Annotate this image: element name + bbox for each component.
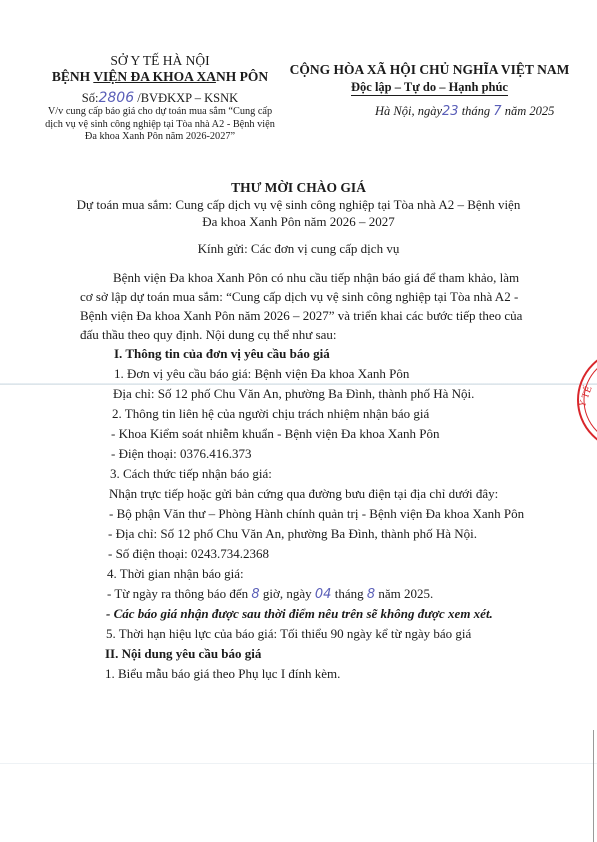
section-2-item-1: 1. Biểu mẫu báo giá theo Phụ lục I đính … (105, 666, 340, 682)
section-1-item-1-address: Địa chỉ: Số 12 phố Chu Văn An, phường Ba… (113, 386, 474, 402)
doc-no-suffix: /BVĐKXP – KSNK (134, 91, 238, 105)
date-day-handwritten: 23 (442, 104, 459, 119)
scan-artifact (0, 763, 597, 764)
deadline-hour-handwritten: 8 (251, 587, 259, 602)
section-2-heading: II. Nội dung yêu cầu báo giá (105, 646, 261, 662)
page-edge (593, 730, 594, 842)
issue-date: Hà Nội, ngày23 tháng 7 năm 2025 (375, 104, 554, 119)
section-1-item-1: 1. Đơn vị yêu cầu báo giá: Bệnh viện Đa … (114, 366, 409, 382)
national-motto: Độc lập – Tự do – Hạnh phúc (282, 80, 577, 95)
section-1-item-4-deadline: - Từ ngày ra thông báo đến 8 giờ, ngày 0… (107, 586, 433, 602)
section-1-item-3-phone: - Số điện thoại: 0243.734.2368 (108, 546, 269, 562)
official-seal-icon: Y TẾ (566, 345, 597, 455)
intro-line-2: cơ sở lập dự toán mua sắm: “Cung cấp dịc… (80, 289, 518, 305)
section-1-item-3-method: Nhận trực tiếp hoặc gửi bản cứng qua đườ… (109, 486, 498, 502)
recipient-line: Kính gửi: Các đơn vị cung cấp dịch vụ (0, 241, 597, 257)
doc-no-handwritten: 2806 (98, 90, 134, 106)
org-name-underlined: VIỆN ĐA KHOA XA (93, 69, 216, 84)
section-1-item-5: 5. Thời hạn hiệu lực của báo giá: Tối th… (106, 626, 471, 642)
date-month-label: tháng (459, 104, 494, 118)
org-parent-name: SỞ Y TẾ HÀ NỘI (60, 53, 260, 69)
doc-no-label: Số: (82, 91, 99, 105)
purpose-line-2: Đa khoa Xanh Pôn năm 2026 – 2027 (0, 214, 597, 230)
org-name-prefix: BỆNH (52, 69, 93, 84)
date-month-handwritten: 7 (493, 104, 501, 119)
section-1-item-3: 3. Cách thức tiếp nhận báo giá: (110, 466, 272, 482)
document-title: THƯ MỜI CHÀO GIÁ (0, 180, 597, 196)
document-number: Số:2806 /BVĐKXP – KSNK (60, 90, 260, 106)
purpose-line-1: Dự toán mua sắm: Cung cấp dịch vụ vệ sin… (0, 197, 597, 213)
section-1-item-2-dept: - Khoa Kiểm soát nhiễm khuẩn - Bệnh viện… (111, 426, 440, 442)
section-1-item-2: 2. Thông tin liên hệ của người chịu trác… (112, 406, 429, 422)
section-1-item-3-address: - Địa chỉ: Số 12 phố Chu Văn An, phường … (108, 526, 477, 542)
document-subject: V/v cung cấp báo giá cho dự toán mua sắm… (40, 106, 280, 144)
deadline-year: năm 2025. (375, 586, 433, 601)
intro-line-1: Bệnh viện Đa khoa Xanh Pôn có nhu cầu ti… (113, 270, 519, 286)
date-year: năm 2025 (502, 104, 555, 118)
section-1-item-2-phone: - Điện thoại: 0376.416.373 (111, 446, 251, 462)
scan-artifact (0, 383, 597, 385)
org-name: BỆNH VIỆN ĐA KHOA XANH PÔN (40, 69, 280, 85)
motto-text: Độc lập – Tự do – Hạnh phúc (351, 80, 508, 96)
date-prefix: Hà Nội, ngày (375, 104, 442, 118)
section-1-item-4-note: - Các báo giá nhận được sau thời điểm nê… (106, 606, 493, 622)
deadline-day-handwritten: 04 (315, 587, 332, 602)
section-1-heading: I. Thông tin của đơn vị yêu cầu báo giá (114, 346, 330, 362)
deadline-month-handwritten: 8 (367, 587, 375, 602)
national-title: CỘNG HÒA XÃ HỘI CHỦ NGHĨA VIỆT NAM (282, 62, 577, 78)
intro-line-3: Bệnh viện Đa khoa Xanh Pôn năm 2026 – 20… (80, 308, 522, 324)
section-1-item-4: 4. Thời gian nhận báo giá: (107, 566, 244, 582)
deadline-month-label: tháng (331, 586, 366, 601)
deadline-hour-label: giờ, ngày (260, 586, 315, 601)
section-1-item-3-dept: - Bộ phận Văn thư – Phòng Hành chính quả… (109, 506, 524, 522)
deadline-prefix: - Từ ngày ra thông báo đến (107, 586, 251, 601)
org-name-suffix: NH PÔN (216, 69, 268, 84)
intro-line-4: đấu thầu theo quy định. Nội dung cụ thể … (80, 327, 337, 343)
